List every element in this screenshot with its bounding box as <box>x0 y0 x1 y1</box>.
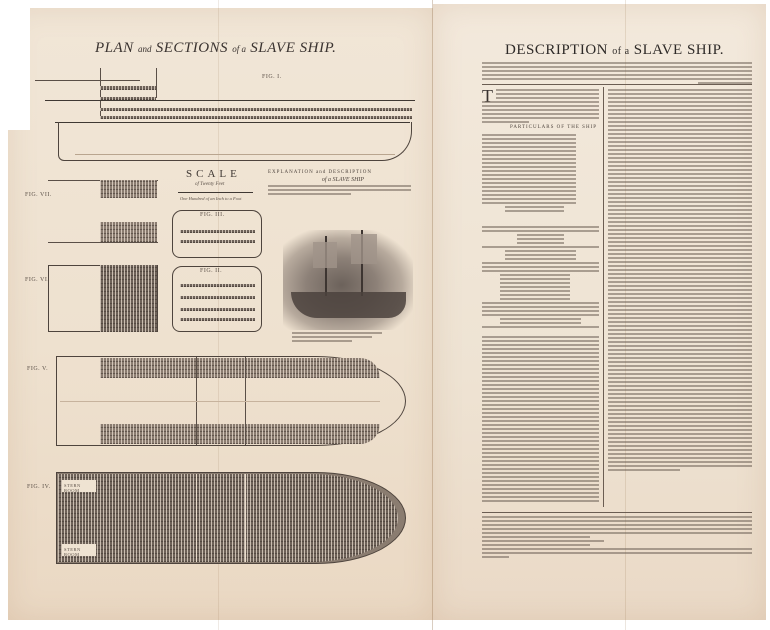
scale-bar <box>178 192 253 193</box>
footer-divider <box>482 512 752 513</box>
slave-rows-bottom <box>100 424 380 444</box>
figure-label: FIG. VI. <box>25 277 49 283</box>
scale-title: SCALE <box>186 168 241 180</box>
slave-rows <box>180 240 255 243</box>
figure-label: FIG. IV. <box>27 484 51 490</box>
title-word: of a <box>232 44 246 54</box>
bulkhead <box>196 474 197 562</box>
title-word: SECTIONS <box>156 40 228 56</box>
slave-rows <box>180 230 255 233</box>
title-word: SLAVE SHIP. <box>250 40 336 56</box>
slave-rows <box>100 86 156 90</box>
engraving-caption <box>292 332 392 344</box>
figure-label: FIG. I. <box>262 74 282 80</box>
keel-line <box>75 154 395 155</box>
sheet-corner-cutout <box>0 0 30 130</box>
title-word: of a <box>612 46 629 57</box>
slave-rows <box>100 222 157 242</box>
left-column-text-top <box>496 89 599 101</box>
stern-room-label: STERN ROOM <box>62 480 96 492</box>
title-word: SLAVE SHIP. <box>634 42 724 58</box>
slave-rows <box>100 116 412 119</box>
figure-label: FIG. VII. <box>25 192 52 198</box>
stern-room-label: STERN ROOM <box>62 544 96 556</box>
title-word: PLAN <box>95 40 134 56</box>
explanation-subheading: of a SLAVE SHIP <box>268 177 418 183</box>
bulkhead <box>245 474 246 562</box>
section-divider <box>482 84 752 85</box>
particulars-table <box>482 134 599 214</box>
slave-rows <box>100 108 412 111</box>
outline <box>48 242 158 243</box>
plate-title: PLAN and SECTIONS of a SLAVE SHIP. <box>95 40 336 57</box>
slave-rows <box>180 308 255 311</box>
slave-rows <box>180 318 255 321</box>
title-word: and <box>138 44 152 54</box>
scale-caption: One Hundred of an Inch to a Foot <box>180 196 241 201</box>
table-heading: PARTICULARS OF THE SHIP <box>510 125 597 130</box>
hull-section <box>172 210 262 258</box>
slave-rows <box>180 296 255 299</box>
left-column-text-mid <box>482 226 599 330</box>
slave-rows-top <box>100 358 380 378</box>
slave-rows <box>180 284 255 287</box>
slave-rows <box>100 180 157 198</box>
intro-paragraph <box>482 62 752 86</box>
upper-deck-line <box>35 80 140 81</box>
footer-notes <box>482 516 752 560</box>
right-column-text <box>608 89 752 473</box>
left-column-text-lower <box>482 336 599 504</box>
column-divider <box>603 87 604 507</box>
description-title: DESCRIPTION of a SLAVE SHIP. <box>505 42 724 59</box>
title-word: DESCRIPTION <box>505 42 608 58</box>
centerline <box>60 401 380 402</box>
figure-label: FIG. V. <box>27 366 48 372</box>
scale-subtitle: of Twenty Feet <box>195 182 224 187</box>
explanation-block: EXPLANATION and DESCRIPTION of a SLAVE S… <box>268 170 418 197</box>
main-deck-line <box>45 100 415 101</box>
explanation-heading: EXPLANATION and DESCRIPTION <box>268 170 418 175</box>
slave-rows <box>58 474 398 562</box>
left-column-text <box>482 101 599 125</box>
explanation-body <box>268 185 418 195</box>
hull-section <box>172 266 262 332</box>
slave-rows <box>100 265 157 332</box>
section-line <box>156 68 157 98</box>
hull-outline <box>58 122 412 161</box>
ship-engraving-illustration <box>283 230 413 330</box>
